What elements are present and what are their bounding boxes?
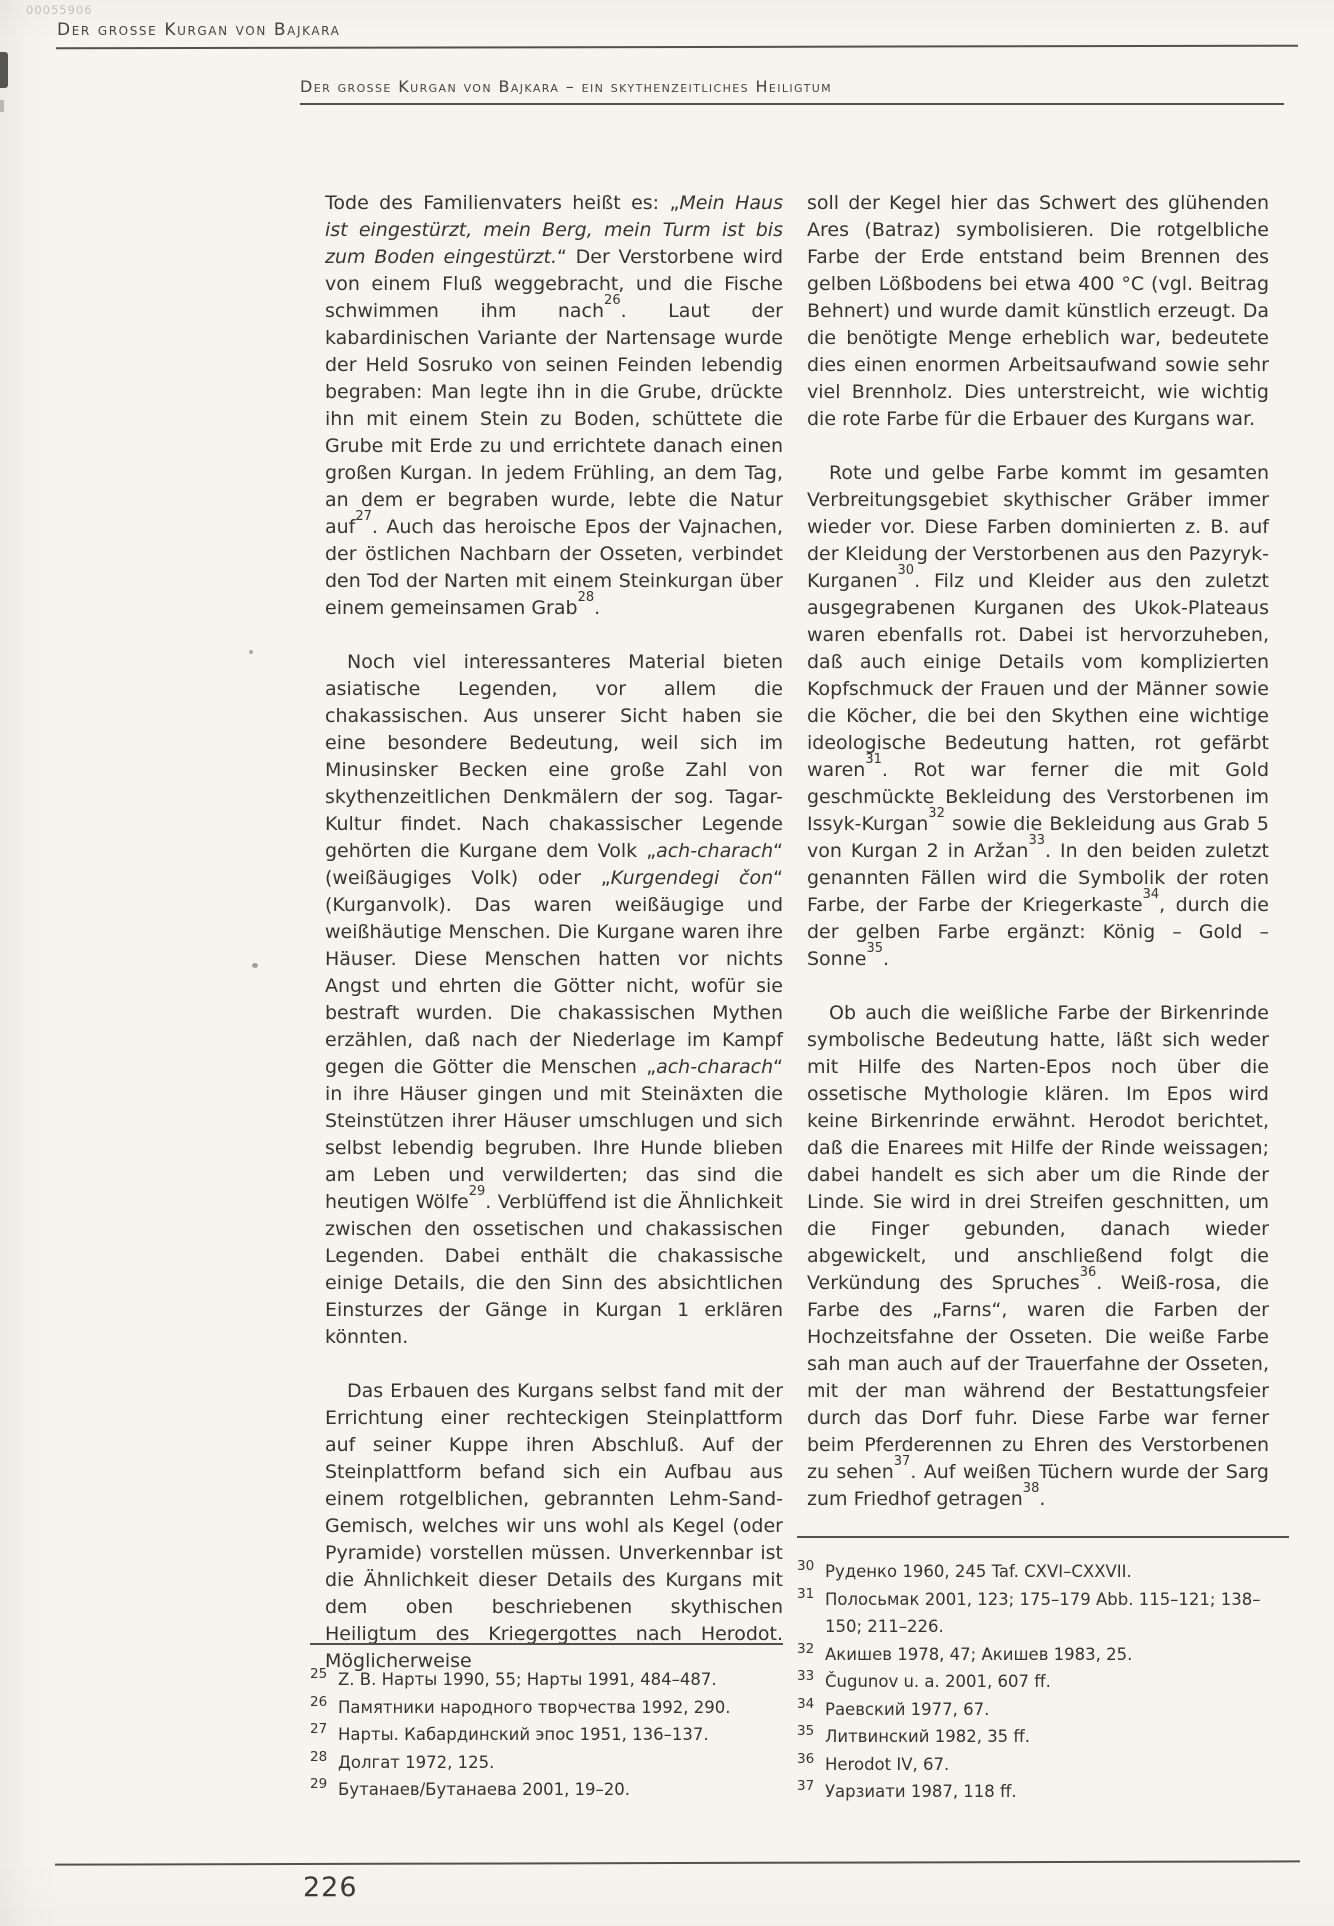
footnote-text: Долгат 1972, 125. <box>338 1753 494 1772</box>
bottom-rule <box>55 1860 1300 1865</box>
footnote-reference: 28 <box>578 590 595 605</box>
footnote-text: Z. B. Нарты 1990, 55; Нарты 1991, 484–48… <box>338 1670 717 1689</box>
scan-edge-artifact <box>0 52 8 88</box>
page-number: 226 <box>303 1872 358 1903</box>
top-rule <box>56 45 1298 50</box>
body-text: Tode des Familienvaters heißt es: „ <box>325 192 679 214</box>
footnote-item: 37Уарзиати 1987, 118 ff. <box>797 1778 1297 1806</box>
body-text: . <box>1039 1488 1045 1510</box>
footnote-reference: 34 <box>1143 887 1160 902</box>
scan-speck-artifact <box>252 963 258 968</box>
footnote-number: 27 <box>310 1716 327 1744</box>
footnote-reference: 26 <box>604 293 621 308</box>
paragraph: Ob auch die weißliche Farbe der Birkenri… <box>807 1000 1269 1513</box>
footnote-text: Руденко 1960, 245 Taf. CXVI–CXXVII. <box>825 1562 1132 1581</box>
footnote-text: Раевский 1977, 67. <box>825 1700 989 1719</box>
footnote-number: 35 <box>797 1718 814 1746</box>
footnote-item: 30Руденко 1960, 245 Taf. CXVI–CXXVII. <box>797 1558 1297 1586</box>
footnote-number: 29 <box>310 1771 327 1799</box>
body-text: . Verblüffend ist die Ähnlichkeit zwisch… <box>325 1191 783 1348</box>
footnote-text: Нарты. Кабардинский эпос 1951, 136–137. <box>338 1725 709 1744</box>
body-text: Noch viel interessanteres Material biete… <box>325 651 783 862</box>
footnote-text: Уарзиати 1987, 118 ff. <box>825 1782 1017 1801</box>
body-text: . Weiß-rosa, die Farbe des „Farns“, ware… <box>807 1272 1269 1483</box>
footnote-number: 26 <box>310 1689 327 1717</box>
footnote-number: 31 <box>797 1581 814 1609</box>
footnote-number: 32 <box>797 1636 814 1664</box>
footnote-number: 34 <box>797 1691 814 1719</box>
footnote-text: Полосьмак 2001, 123; 175–179 Abb. 115–12… <box>825 1590 1260 1637</box>
footnote-item: 29Бутанаев/Бутанаева 2001, 19–20. <box>310 1776 788 1804</box>
body-text: Das Erbauen des Kurgans selbst fand mit … <box>325 1380 783 1672</box>
footnote-item: 31Полосьмак 2001, 123; 175–179 Abb. 115–… <box>797 1586 1297 1641</box>
footnote-item: 36Herodot IV, 67. <box>797 1751 1297 1779</box>
body-text: “ (Kurganvolk). Das waren weißäugige und… <box>325 867 783 1078</box>
footnote-reference: 38 <box>1023 1481 1040 1496</box>
emphasized-text: ach-charach <box>656 1056 773 1078</box>
footnote-item: 35Литвинский 1982, 35 ff. <box>797 1723 1297 1751</box>
footnote-reference: 37 <box>894 1454 911 1469</box>
scanned-page: 00055906 Der grosse Kurgan von Bajkara D… <box>0 0 1334 1926</box>
left-text-column: Tode des Familienvaters heißt es: „Mein … <box>325 190 783 1675</box>
emphasized-text: ach-charach <box>656 840 773 862</box>
footnote-reference: 27 <box>355 509 372 524</box>
footnote-reference: 30 <box>898 563 915 578</box>
body-text: . Auch das heroische Epos der Vajnachen,… <box>325 516 783 619</box>
footnote-number: 25 <box>310 1661 327 1689</box>
paragraph: soll der Kegel hier das Schwert des glüh… <box>807 190 1269 433</box>
emphasized-text: Kurgendegi čon <box>611 867 774 889</box>
footnote-reference: 33 <box>1028 833 1045 848</box>
footnote-separator-right <box>797 1536 1289 1538</box>
footnote-reference: 36 <box>1080 1265 1097 1280</box>
footnote-text: Бутанаев/Бутанаева 2001, 19–20. <box>338 1780 630 1799</box>
footnotes-right: 30Руденко 1960, 245 Taf. CXVI–CXXVII.31П… <box>797 1558 1297 1806</box>
footnote-number: 33 <box>797 1663 814 1691</box>
paragraph: Rote und gelbe Farbe kommt im gesamten V… <box>807 460 1269 973</box>
footnote-item: 28Долгат 1972, 125. <box>310 1749 788 1777</box>
footnote-reference: 31 <box>865 752 882 767</box>
body-text: . Laut der kabardinischen Variante der N… <box>325 300 783 538</box>
paragraph: Tode des Familienvaters heißt es: „Mein … <box>325 190 783 622</box>
footnote-number: 36 <box>797 1746 814 1774</box>
footnote-number: 28 <box>310 1744 327 1772</box>
footnotes-left: 25Z. B. Нарты 1990, 55; Нарты 1991, 484–… <box>310 1666 788 1804</box>
paragraph: Noch viel interessanteres Material biete… <box>325 649 783 1351</box>
footnote-reference: 32 <box>928 806 945 821</box>
right-text-column: soll der Kegel hier das Schwert des glüh… <box>807 190 1269 1513</box>
body-text: “ in ihre Häuser gingen und mit Steinäxt… <box>325 1056 783 1213</box>
footnote-text: Čugunov u. a. 2001, 607 ff. <box>825 1672 1051 1691</box>
footnote-item: 32Акишев 1978, 47; Акишев 1983, 25. <box>797 1641 1297 1669</box>
footnote-text: Памятники народного творчества 1992, 290… <box>338 1698 731 1717</box>
scan-edge-artifact <box>0 100 4 112</box>
footnote-item: 33Čugunov u. a. 2001, 607 ff. <box>797 1668 1297 1696</box>
body-text: Ob auch die weißliche Farbe der Birkenri… <box>807 1002 1269 1294</box>
footnote-number: 37 <box>797 1773 814 1801</box>
footnote-item: 26Памятники народного творчества 1992, 2… <box>310 1694 788 1722</box>
paragraph: Das Erbauen des Kurgans selbst fand mit … <box>325 1378 783 1675</box>
footnote-reference: 29 <box>469 1184 486 1199</box>
footnote-text: Литвинский 1982, 35 ff. <box>825 1727 1030 1746</box>
footnote-reference: 35 <box>866 941 883 956</box>
body-text: . <box>883 948 889 970</box>
running-head: Der grosse Kurgan von Bajkara – ein skyt… <box>300 77 832 96</box>
body-text: . <box>594 597 600 619</box>
scan-speck-artifact <box>249 650 253 654</box>
footnote-item: 25Z. B. Нарты 1990, 55; Нарты 1991, 484–… <box>310 1666 788 1694</box>
book-title: Der grosse Kurgan von Bajkara <box>57 20 340 40</box>
footnote-item: 34Раевский 1977, 67. <box>797 1696 1297 1724</box>
footnote-item: 27Нарты. Кабардинский эпос 1951, 136–137… <box>310 1721 788 1749</box>
footnote-number: 30 <box>797 1553 814 1581</box>
scan-serial-number: 00055906 <box>26 3 93 17</box>
footnote-separator-left <box>310 1643 783 1645</box>
footnote-text: Herodot IV, 67. <box>825 1755 949 1774</box>
body-text: . Filz und Kleider aus den zuletzt ausge… <box>807 570 1269 781</box>
body-text: soll der Kegel hier das Schwert des glüh… <box>807 192 1269 430</box>
footnote-text: Акишев 1978, 47; Акишев 1983, 25. <box>825 1645 1132 1664</box>
running-head-rule <box>300 103 1284 105</box>
